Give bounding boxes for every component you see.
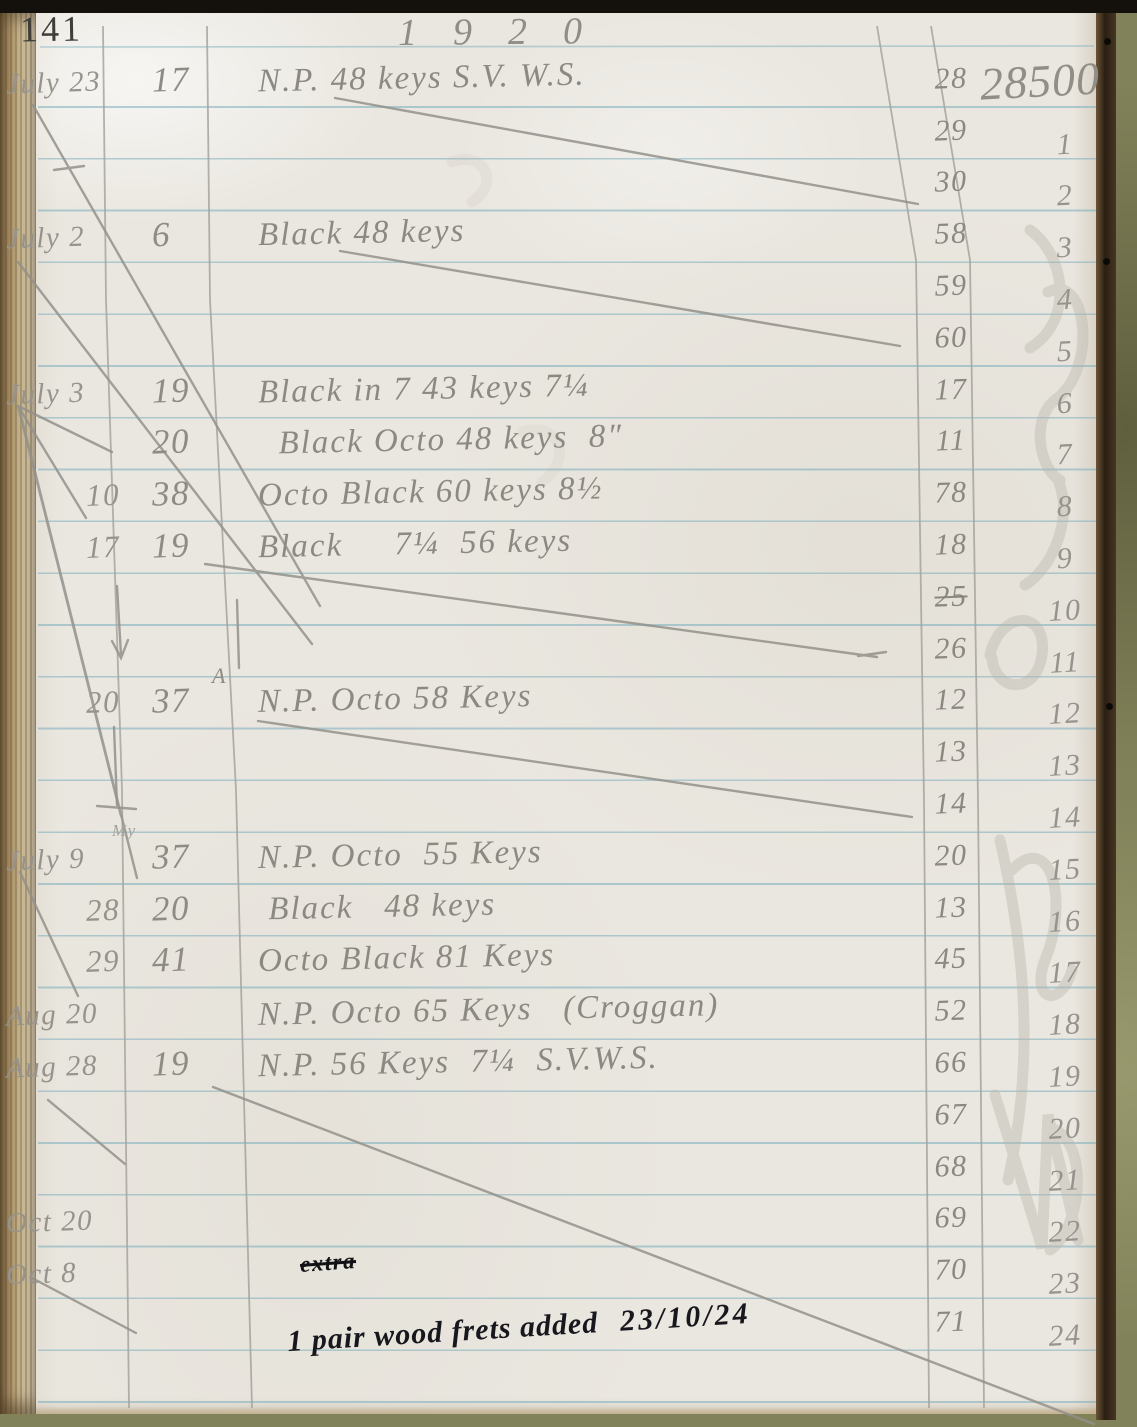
entry-quantity: 37 <box>151 836 190 877</box>
ledger-row: 1414 <box>0 785 1137 839</box>
margin-number: 22 <box>1029 1214 1101 1252</box>
margin-number: 19 <box>1029 1058 1101 1096</box>
entry-serial-number: 45 <box>921 941 980 977</box>
margin-number: 11 <box>1029 644 1101 682</box>
ink-note-date: 23/10/24 <box>619 1297 751 1338</box>
entry-description: N.P. Octo 65 Keys (Croggan) <box>258 987 720 1034</box>
entry-date: July 9 <box>5 842 85 878</box>
entry-serial-number: 69 <box>921 1200 980 1236</box>
entry-date: Aug 20 <box>5 998 98 1034</box>
margin-number: 23 <box>1029 1265 1101 1303</box>
entry-date: 28 <box>45 891 120 930</box>
entry-date: 17 <box>45 529 120 568</box>
entry-description: Octo Black 81 Keys <box>258 937 556 980</box>
ledger-row: 2037AN.P. Octo 58 Keys1212 <box>0 681 1137 735</box>
ledger-row: 2941Octo Black 81 Keys4517 <box>0 940 1137 994</box>
margin-number: 4 <box>1029 281 1101 319</box>
margin-number: 21 <box>1029 1162 1101 1200</box>
entry-description: Black 48 keys <box>258 886 497 928</box>
entry-serial-number: 13 <box>921 890 980 926</box>
entry-quantity: 20 <box>151 422 190 463</box>
ink-note-text: 1 pair wood frets added <box>286 1306 599 1358</box>
ledger-row: July 2317N.P. 48 keys S.V. W.S.2828500 <box>0 60 1137 114</box>
entry-description: Black in 7 43 keys 7¼ <box>258 367 590 411</box>
margin-number: 15 <box>1029 851 1101 889</box>
margin-number: 3 <box>1029 229 1101 267</box>
entry-quantity: 19 <box>151 370 190 411</box>
ledger-row: 302 <box>0 163 1137 217</box>
margin-number: 13 <box>1029 747 1101 785</box>
entry-serial-number: 30 <box>921 164 980 200</box>
margin-number: 24 <box>1029 1317 1101 1355</box>
entry-date: July 2 <box>5 221 85 257</box>
entry-date: 29 <box>45 943 120 982</box>
ledger-row: July 319Black in 7 43 keys 7¼176 <box>0 371 1137 425</box>
entry-serial-number: 68 <box>921 1149 980 1185</box>
ledger-row: 2611 <box>0 630 1137 684</box>
ink-note-struck-word: extra <box>299 1248 357 1278</box>
entry-serial-number: 70 <box>921 1252 980 1288</box>
ledger-row: 6720 <box>0 1096 1137 1150</box>
entry-serial-number: 26 <box>921 631 980 667</box>
entry-serial-number: 66 <box>921 1045 980 1081</box>
margin-number: 14 <box>1029 799 1101 837</box>
entry-description: N.P. 48 keys S.V. W.S. <box>258 56 586 100</box>
entry-date: Aug 28 <box>5 1049 98 1085</box>
entry-description: Black 7¼ 56 keys <box>258 523 573 567</box>
entry-serial-number: 20 <box>921 838 980 874</box>
margin-number: 9 <box>1029 540 1101 578</box>
entry-serial-number: 60 <box>921 320 980 356</box>
ledger-row: July 26Black 48 keys583 <box>0 215 1137 269</box>
page-number: 141 <box>20 7 84 50</box>
ledger-row: 2510 <box>0 578 1137 632</box>
entry-quantity: 19 <box>151 1043 190 1084</box>
ledger-row: 594 <box>0 267 1137 321</box>
entry-quantity: 19 <box>151 525 190 566</box>
entry-serial-number: 11 <box>921 423 980 459</box>
margin-number: 17 <box>1029 955 1101 993</box>
entry-description: Octo Black 60 keys 8½ <box>258 471 604 515</box>
entry-quantity-superscript: A <box>212 663 227 689</box>
entry-date: July 23 <box>5 65 101 101</box>
year-heading: 1920 <box>398 9 618 55</box>
margin-number: 5 <box>1029 333 1101 371</box>
margin-number: 28500 <box>979 50 1122 110</box>
ledger-row: 2820 Black 48 keys1316 <box>0 889 1137 943</box>
margin-number: 6 <box>1029 385 1101 423</box>
entry-description: N.P. Octo 55 Keys <box>258 834 543 877</box>
ledger-row: 1313 <box>0 733 1137 787</box>
ledger-row: 1038Octo Black 60 keys 8½788 <box>0 474 1137 528</box>
entry-serial-number: 28 <box>921 61 980 97</box>
ledger-row: 6821 <box>0 1148 1137 1202</box>
entry-description: Black 48 keys <box>258 213 466 254</box>
margin-number: 10 <box>1029 592 1101 630</box>
entry-date: 20 <box>45 684 120 723</box>
entry-serial-number: 25 <box>921 579 980 615</box>
entry-serial-number: 18 <box>921 527 980 563</box>
ledger-row: 1719Black 7¼ 56 keys189 <box>0 526 1137 580</box>
ledger-row: 20 Black Octo 48 keys 8″117 <box>0 422 1137 476</box>
margin-number: 8 <box>1029 488 1101 526</box>
ledger-row: 291 <box>0 112 1137 166</box>
entry-date: 10 <box>45 477 120 516</box>
entry-serial-number: 71 <box>921 1304 980 1340</box>
margin-number: 18 <box>1029 1006 1101 1044</box>
entry-quantity: 17 <box>151 59 190 100</box>
margin-number: 1 <box>1029 126 1101 164</box>
entry-quantity: 41 <box>151 940 190 981</box>
entry-serial-number: 67 <box>921 1097 980 1133</box>
entry-quantity: 20 <box>151 888 190 929</box>
entry-serial-number: 78 <box>921 475 980 511</box>
entry-date: Oct 8 <box>5 1257 77 1292</box>
entry-serial-number: 14 <box>921 786 980 822</box>
margin-number: 16 <box>1029 903 1101 941</box>
ledger-row: Aug 20N.P. Octo 65 Keys (Croggan)5218 <box>0 992 1137 1046</box>
entry-description: N.P. Octo 58 Keys <box>258 679 533 722</box>
margin-number: 7 <box>1029 437 1101 475</box>
margin-number: 12 <box>1029 696 1101 734</box>
entry-quantity: 37 <box>151 681 190 722</box>
entry-date: Oct 20 <box>5 1205 93 1241</box>
entry-quantity: 38 <box>151 474 190 515</box>
entry-serial-number: 29 <box>921 113 980 149</box>
ledger-row: Aug 2819N.P. 56 Keys 7¼ S.V.W.S.6619 <box>0 1044 1137 1098</box>
margin-number: 20 <box>1029 1110 1101 1148</box>
ledger-row: Oct 206922 <box>0 1199 1137 1253</box>
entry-serial-number: 52 <box>921 993 980 1029</box>
entry-serial-number: 13 <box>921 734 980 770</box>
ledger-row: July 9My37N.P. Octo 55 Keys2015 <box>0 837 1137 891</box>
entry-description: N.P. 56 Keys 7¼ S.V.W.S. <box>258 1040 659 1085</box>
entry-quantity: 6 <box>151 215 171 256</box>
margin-number: 2 <box>1029 178 1101 216</box>
entry-description: Black Octo 48 keys 8″ <box>258 419 624 464</box>
ledger-page-scan: 141 1920 July 2317N.P. 48 keys S.V. W.S.… <box>0 0 1137 1427</box>
entry-serial-number: 59 <box>921 268 980 304</box>
entry-serial-number: 12 <box>921 682 980 718</box>
entry-serial-number: 58 <box>921 216 980 252</box>
ledger-row: 605 <box>0 319 1137 373</box>
entry-date-superscript: My <box>112 821 137 841</box>
entry-date: July 3 <box>5 376 85 412</box>
entry-serial-number: 17 <box>921 372 980 408</box>
